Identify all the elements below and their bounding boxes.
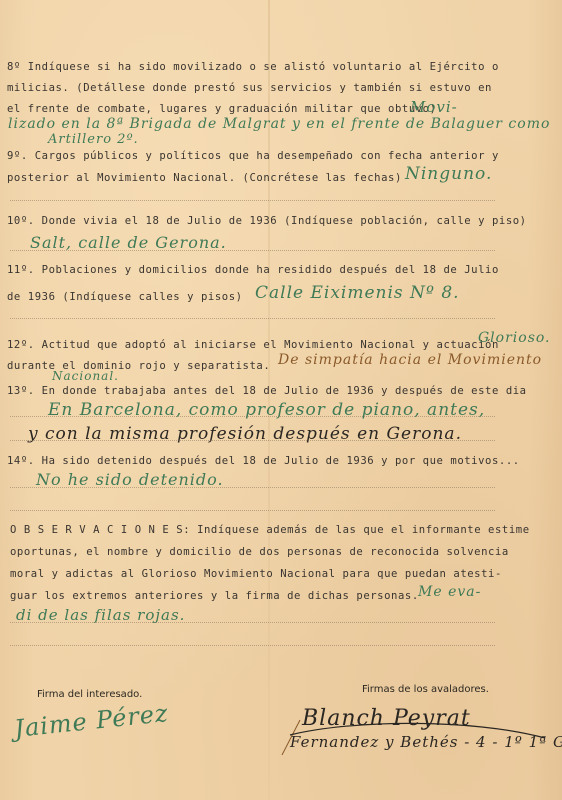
observaciones-line-4: guar los extremos anteriores y la firma … [10, 590, 419, 602]
dotted-line [10, 440, 495, 441]
q13-answer-2: y con la misma profesión después en Gero… [28, 424, 462, 444]
dotted-line [10, 200, 495, 201]
dotted-line [10, 510, 495, 511]
observaciones-line-2: oportunas, el nombre y domicilio de dos … [10, 546, 509, 558]
q12-answer-2: De simpatía hacia el Movimiento [278, 352, 542, 368]
firmas-avaladores-label: Firmas de los avaladores. [362, 684, 489, 695]
q8-answer-1: Movi- [410, 98, 458, 116]
dotted-line [10, 487, 495, 488]
q11-line-1: 11º. Poblaciones y domicilios donde ha r… [7, 264, 499, 276]
q11-answer: Calle Eiximenis Nº 8. [255, 283, 460, 303]
observaciones-answer-1: Me eva- [418, 584, 481, 600]
q14-line-1: 14º. Ha sido detenido después del 18 de … [7, 455, 520, 467]
observaciones-line-1: Indíquese además de las que el informant… [197, 524, 530, 536]
dotted-line [10, 318, 495, 319]
q9-answer: Ninguno. [405, 164, 492, 184]
dotted-line [10, 250, 495, 251]
q9-line-2: posterior al Movimiento Nacional. (Concr… [7, 172, 402, 184]
q10-line-1: 10º. Donde vivia el 18 de Julio de 1936 … [7, 215, 527, 227]
observaciones-line-3: moral y adictas al Glorioso Movimiento N… [10, 568, 502, 580]
q8-answer-3: Artillero 2º. [48, 132, 139, 147]
signature-flourish [270, 700, 560, 760]
observaciones-block: O B S E R V A C I O N E S: Indíquese ade… [10, 524, 530, 536]
q12-answer-3: Nacional. [52, 369, 119, 383]
q13-line-1: 13º. En donde trabajaba antes del 18 de … [7, 385, 527, 397]
q8-line-3: el frente de combate, lugares y graduaci… [7, 103, 437, 115]
q11-line-2: de 1936 (Indíquese calles y pisos) [7, 291, 243, 303]
q8-answer-2: lizado en la 8ª Brigada de Malgrat y en … [8, 116, 550, 132]
avalador-address: Fernandez y Bethés - 4 - 1º 1ª Gerona [290, 733, 562, 751]
q9-line-1: 9º. Cargos públicos y políticos que ha d… [7, 150, 499, 162]
observaciones-label: O B S E R V A C I O N E S: [10, 524, 190, 536]
q8-line-2: milicias. (Detállese donde prestó sus se… [7, 82, 492, 94]
dotted-line [10, 645, 495, 646]
q13-answer-1: En Barcelona, como profesor de piano, an… [48, 400, 485, 420]
q12-answer-1: Glorioso. [478, 330, 551, 346]
dotted-line [10, 622, 495, 623]
q12-line-2: durante el dominio rojo y separatista. [7, 360, 270, 372]
dotted-line [10, 416, 495, 417]
q12-line-1: 12º. Actitud que adoptó al iniciarse el … [7, 339, 499, 351]
q8-line-1: 8º Indíquese si ha sido movilizado o se … [7, 61, 499, 73]
firma-interesado-label: Firma del interesado. [37, 689, 142, 700]
